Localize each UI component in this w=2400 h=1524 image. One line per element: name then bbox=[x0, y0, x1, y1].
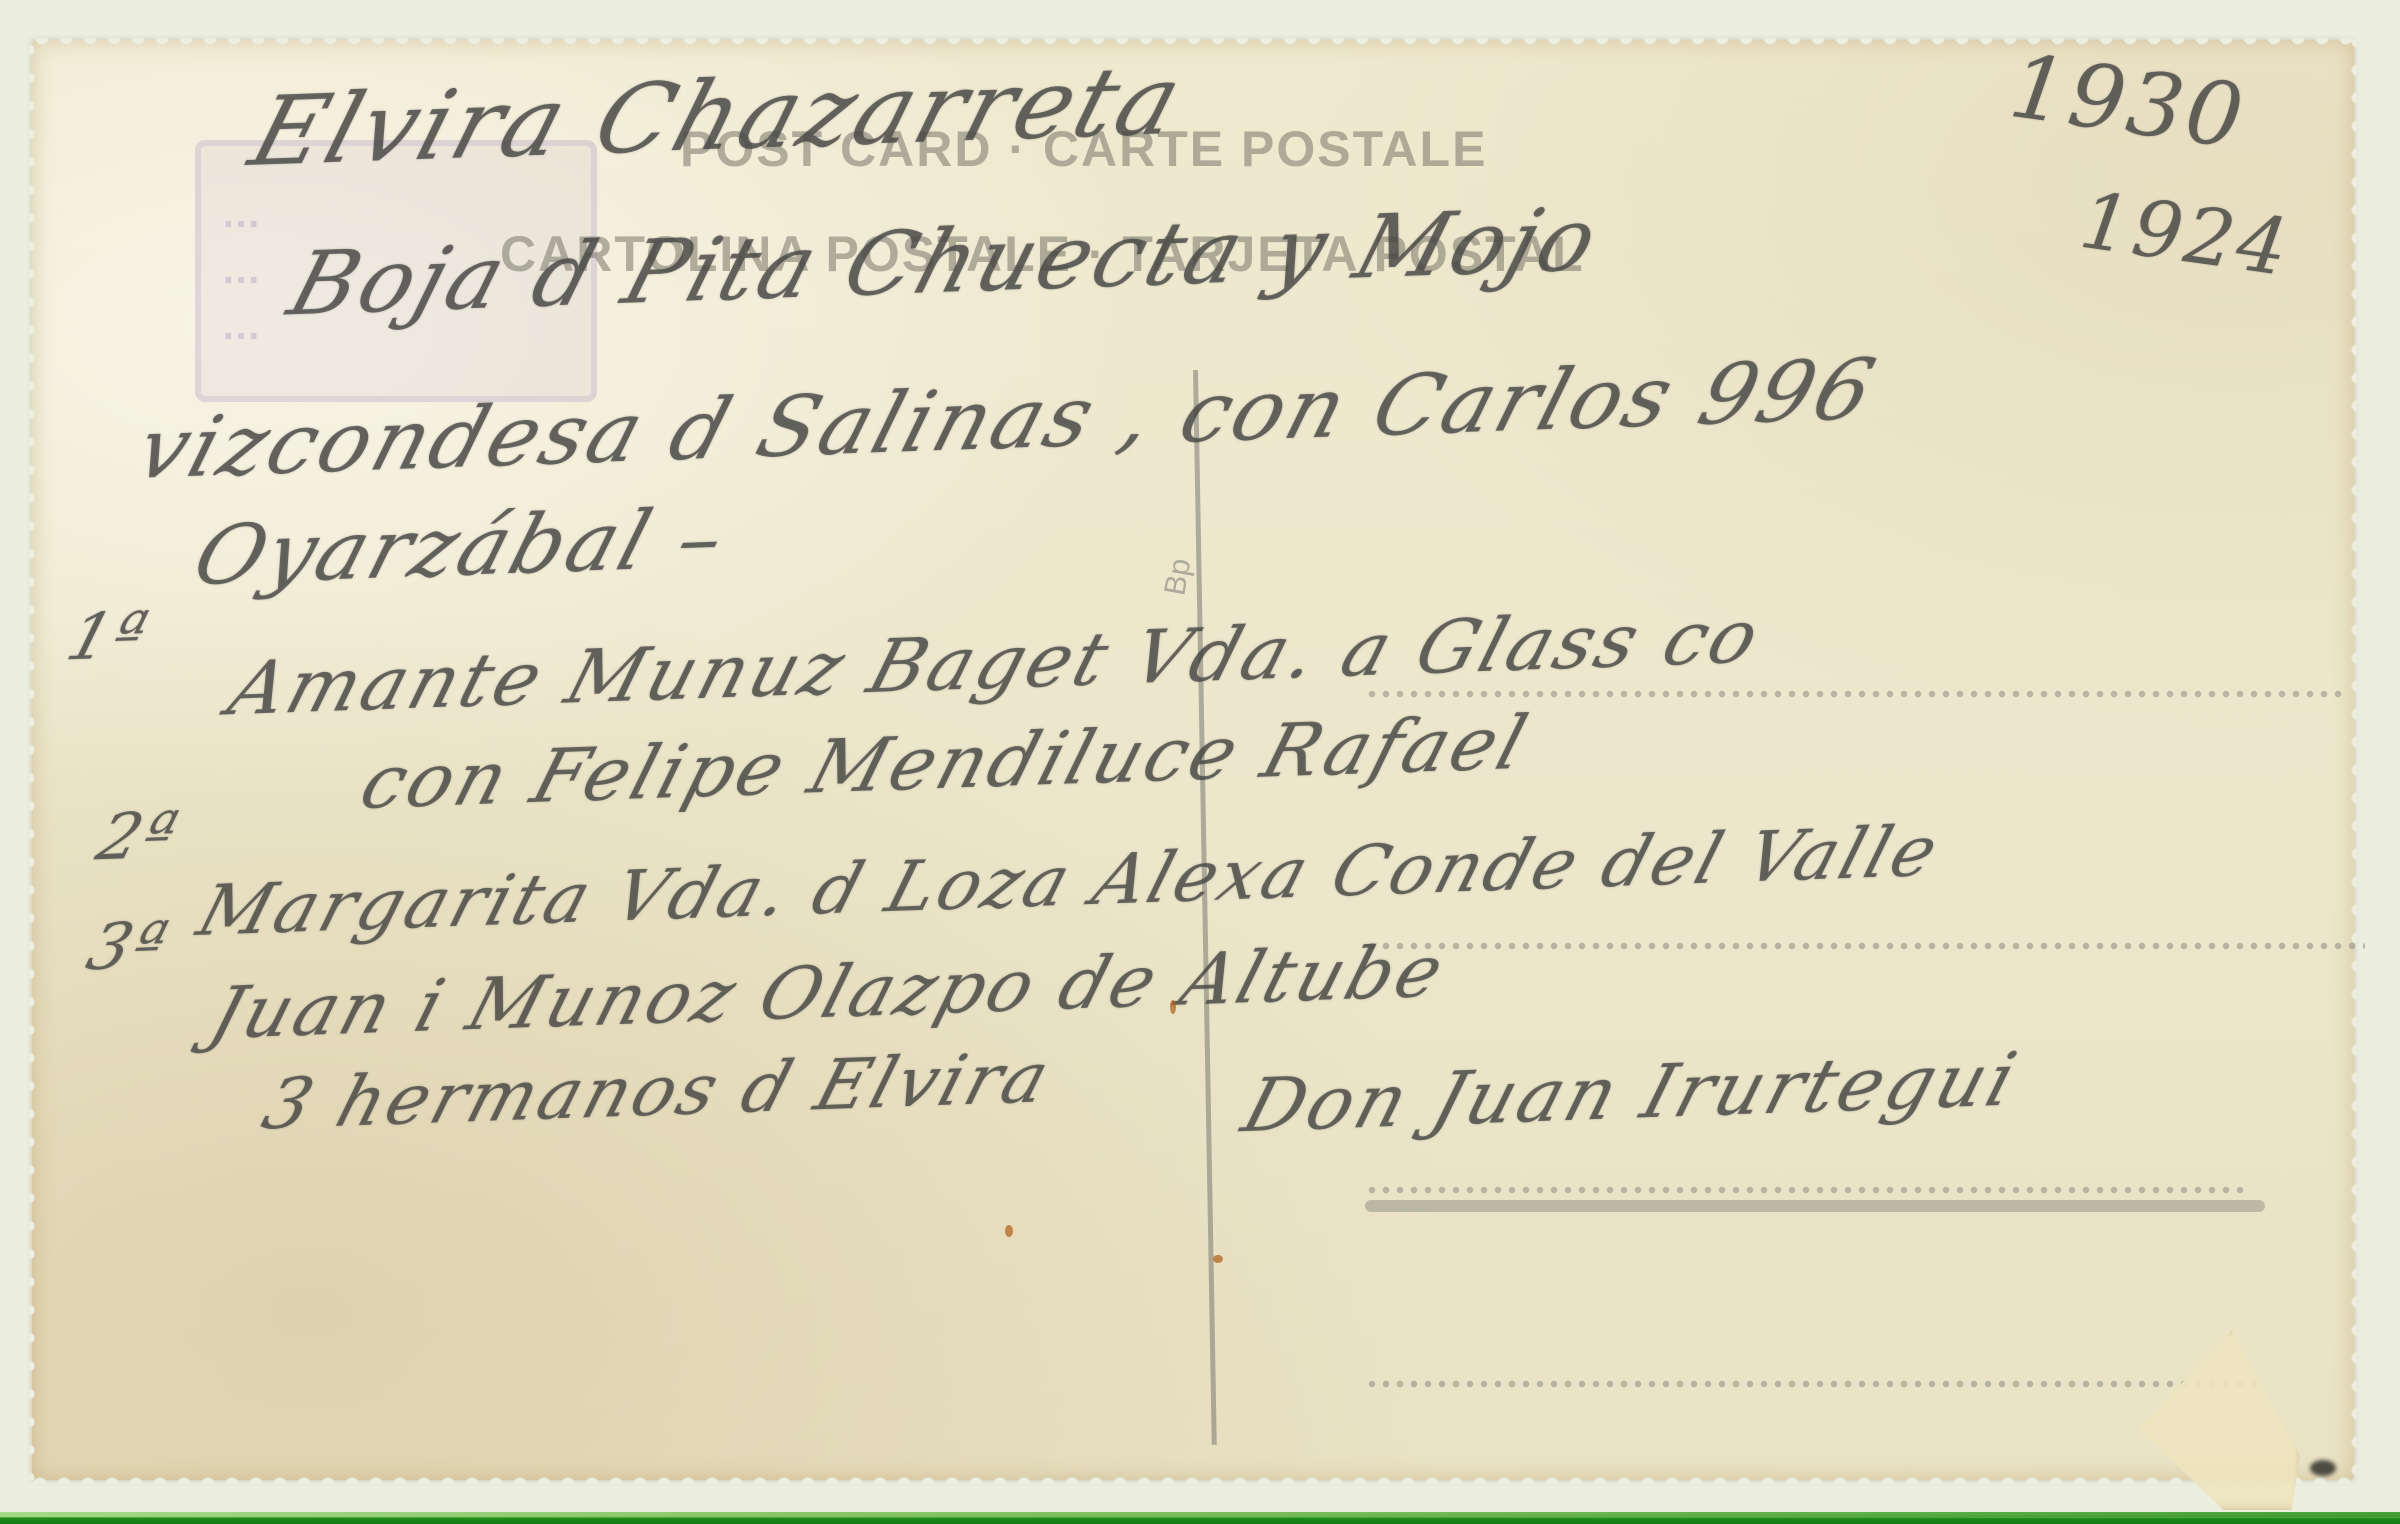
rust-stain bbox=[1005, 1225, 1013, 1237]
tape-smudge bbox=[2310, 1460, 2336, 1476]
deckled-edge-left bbox=[29, 40, 39, 1480]
address-line-3-solid bbox=[1365, 1200, 2265, 1212]
divider-mark: Bp bbox=[1158, 556, 1198, 598]
stamp-line-2: … bbox=[221, 242, 261, 298]
deckled-edge-bottom bbox=[32, 1474, 2354, 1484]
stamp-line-1: … bbox=[221, 186, 261, 242]
address-line-4 bbox=[1365, 1380, 2265, 1388]
stamp-line-3: … bbox=[221, 298, 261, 354]
rust-stain bbox=[1170, 1000, 1176, 1014]
bottom-green-bar bbox=[0, 1512, 2400, 1524]
handwriting-line-4: Oyarzábal – bbox=[183, 491, 738, 604]
deckled-edge-right bbox=[2347, 40, 2357, 1480]
address-line-2 bbox=[1365, 942, 2365, 950]
address-line-3-dots bbox=[1365, 1186, 2245, 1194]
stamp-text: … … … bbox=[221, 186, 261, 354]
rust-stain bbox=[1213, 1255, 1223, 1263]
address-line-1 bbox=[1365, 690, 2345, 698]
